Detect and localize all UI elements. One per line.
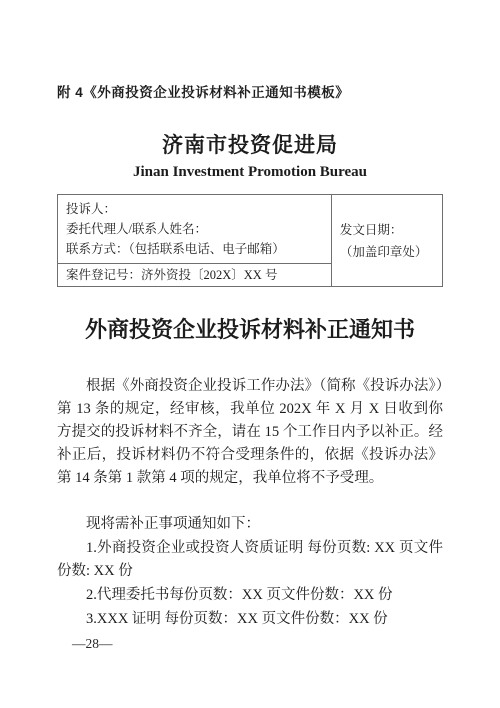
org-name-english: Jinan Investment Promotion Bureau	[57, 164, 443, 181]
case-number-cell: 案件登记号：济外资投〔202X〕XX 号	[58, 264, 332, 287]
issue-date-cell: 发文日期： （加盖印章处）	[331, 195, 442, 287]
case-number-label: 案件登记号：济外资投〔202X〕XX 号	[66, 266, 323, 284]
issue-date-label: 发文日期：	[340, 219, 434, 241]
correction-item-3: 3.XXX 证明 每份页数：XX 页文件份数：XX 份	[57, 608, 443, 631]
seal-note-label: （加盖印章处）	[340, 241, 434, 263]
correction-item-2: 2.代理委托书每份页数：XX 页文件份数：XX 份	[57, 584, 443, 607]
attachment-label: 附 4《外商投资企业投诉材料补正通知书模板》	[57, 0, 443, 101]
case-info-table: 投诉人： 委托代理人/联系人姓名： 联系方式：（包括联系电话、电子邮箱） 发文日…	[57, 194, 443, 287]
items-intro: 现将需补正事项通知如下：	[57, 513, 443, 536]
agent-label: 委托代理人/联系人姓名：	[66, 219, 323, 239]
correction-item-1: 1.外商投资企业或投资人资质证明 每份页数: XX 页文件份数: XX 份	[57, 537, 443, 583]
document-page: 附 4《外商投资企业投诉材料补正通知书模板》 济南市投资促进局 Jinan In…	[0, 0, 500, 708]
notice-body-paragraph: 根据《外商投资企业投诉工作办法》（简称《投诉办法》）第 13 条的规定，经审核，…	[57, 375, 443, 490]
contact-info-cell: 投诉人： 委托代理人/联系人姓名： 联系方式：（包括联系电话、电子邮箱）	[58, 195, 332, 264]
page-number: —28—	[72, 636, 113, 652]
contact-label: 联系方式：（包括联系电话、电子邮箱）	[66, 239, 323, 259]
table-row-contact: 投诉人： 委托代理人/联系人姓名： 联系方式：（包括联系电话、电子邮箱） 发文日…	[58, 195, 443, 264]
complainant-label: 投诉人：	[66, 199, 323, 219]
notice-title: 外商投资企业投诉材料补正通知书	[57, 313, 443, 344]
org-name-chinese: 济南市投资促进局	[57, 129, 443, 159]
